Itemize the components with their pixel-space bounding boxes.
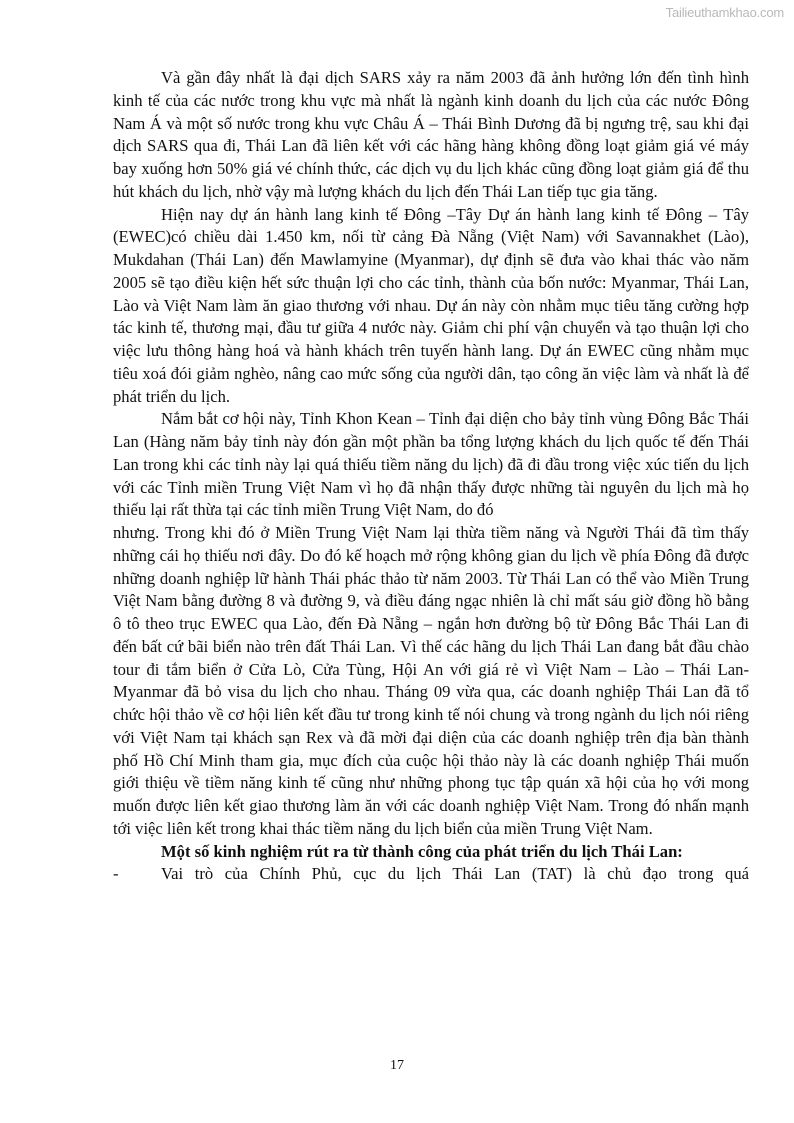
paragraph-ewec: Hiện nay dự án hành lang kinh tế Đông –T… (113, 204, 749, 409)
watermark: Tailieuthamkhao.com (666, 5, 784, 20)
section-heading: Một số kinh nghiệm rút ra từ thành công … (113, 841, 749, 864)
paragraph-central-vietnam: nhưng. Trong khi đó ở Miền Trung Việt Na… (113, 522, 749, 841)
bullet-marker: - (113, 863, 161, 886)
paragraph-sars: Và gần đây nhất là đại dịch SARS xảy ra … (113, 67, 749, 204)
page-body: Và gần đây nhất là đại dịch SARS xảy ra … (113, 67, 749, 886)
page-number: 17 (0, 1058, 794, 1074)
bullet-item: - Vai trò của Chính Phủ, cục du lịch Thá… (113, 863, 749, 886)
bullet-text: Vai trò của Chính Phủ, cục du lịch Thái … (161, 863, 749, 886)
paragraph-khon-kean: Nắm bắt cơ hội này, Tỉnh Khon Kean – Tỉn… (113, 408, 749, 522)
